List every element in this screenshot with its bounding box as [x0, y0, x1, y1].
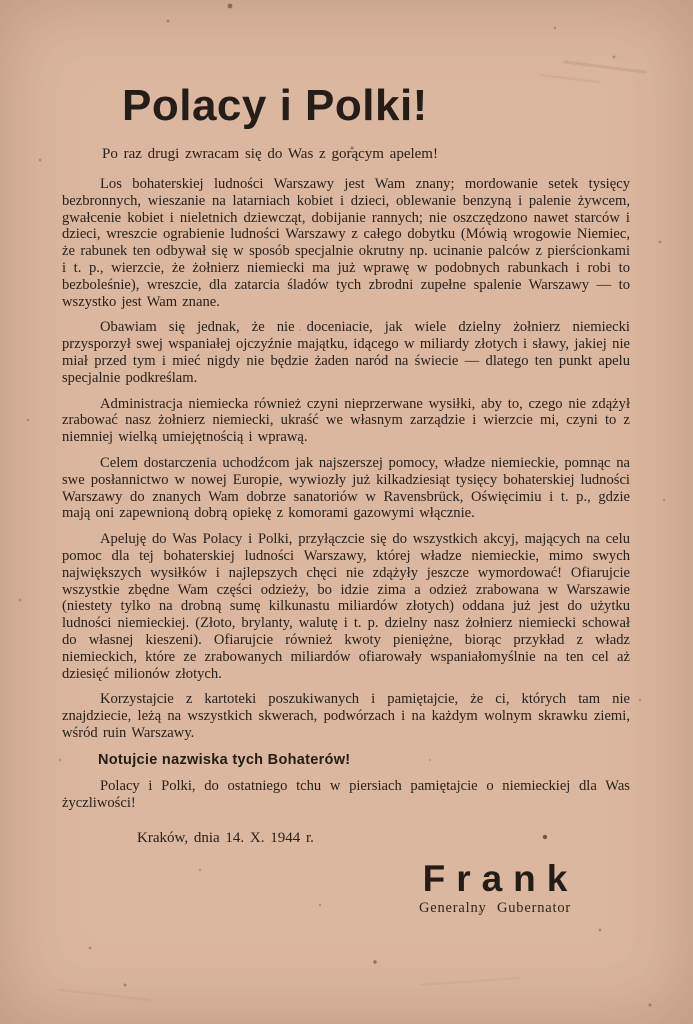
intro-line: Po raz drugi zwracam się do Was z gorący…: [62, 145, 630, 163]
bold-appeal-line: Notujcie nazwiska tych Bohaterów!: [62, 752, 630, 769]
closing-paragraph: Polacy i Polki, do ostatniego tchu w pie…: [62, 778, 630, 812]
dateline: Kraków, dnia 14. X. 1944 r.: [137, 829, 630, 847]
signature-role: Generalny Gubernator: [390, 900, 600, 917]
paragraph-obawiam: Obawiam się jednak, że nie doceniacie, j…: [62, 319, 630, 386]
leaflet-page: Polacy i Polki! Po raz drugi zwracam się…: [0, 0, 693, 1024]
page-title: Polacy i Polki!: [122, 84, 630, 128]
paragraph-kartoteka: Korzystajcie z kartoteki poszukiwanych i…: [62, 691, 630, 741]
signature-name: Frank: [390, 860, 600, 897]
signature-block: Frank Generalny Gubernator: [390, 860, 600, 917]
paragraph-apeluje: Apeluję do Was Polacy i Polki, przyłączc…: [62, 531, 630, 682]
paragraph-warsaw-fate: Los bohaterskiej ludności Warszawy jest …: [62, 176, 630, 310]
paragraph-celem: Celem dostarczenia uchodźcom jak najszer…: [62, 455, 630, 522]
leaflet-content: Polacy i Polki! Po raz drugi zwracam się…: [62, 0, 630, 917]
paragraph-administracja: Administracja niemiecka również czyni ni…: [62, 396, 630, 446]
